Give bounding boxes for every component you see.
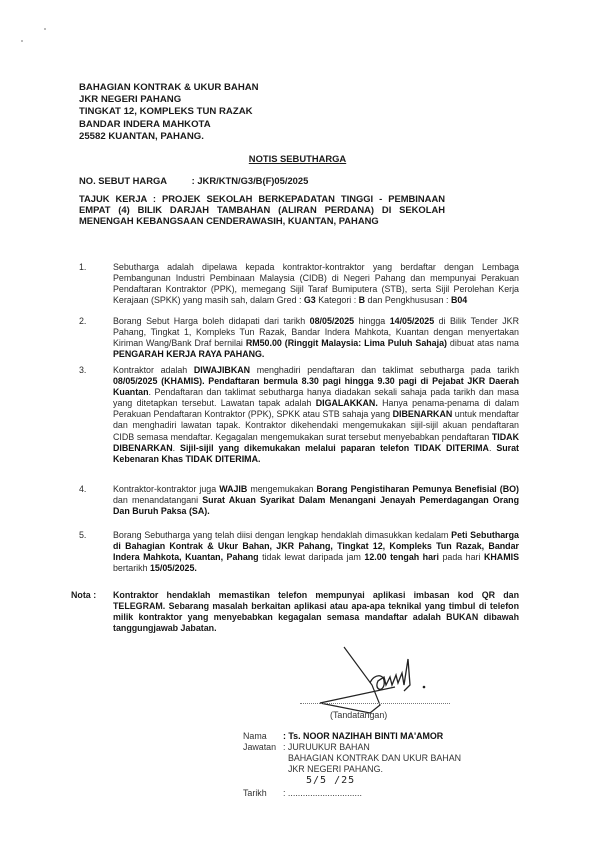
position-line: : JURUUKUR BAHAN bbox=[283, 742, 370, 752]
clause-item: 3. Kontraktor adalah DIWAJIBKAN menghadi… bbox=[79, 365, 519, 465]
note-text: Kontraktor hendaklah memastikan telefon … bbox=[113, 590, 519, 634]
clause-item: 1. Sebutharga adalah dipelawa kepada kon… bbox=[79, 262, 519, 306]
position-line: BAHAGIAN KONTRAK DAN UKUR BAHAN bbox=[288, 753, 461, 763]
clause-text: Kontraktor adalah DIWAJIBKAN menghadiri … bbox=[113, 365, 519, 465]
clause-text: Borang Sebutharga yang telah diisi denga… bbox=[113, 530, 519, 574]
address-line: BAHAGIAN KONTRAK & UKUR BAHAN bbox=[79, 82, 259, 94]
note-section: Nota : Kontraktor hendaklah memastikan t… bbox=[71, 590, 519, 634]
scan-speck bbox=[44, 28, 46, 30]
address-line: TINGKAT 12, KOMPLEKS TUN RAZAK bbox=[79, 106, 259, 118]
clause-number: 4. bbox=[79, 484, 99, 495]
address-line: BANDAR INDERA MAHKOTA bbox=[79, 119, 259, 131]
position-label: Jawatan bbox=[243, 742, 283, 753]
signer-position: Jawatan: JURUUKUR BAHAN BAHAGIAN KONTRAK… bbox=[243, 742, 461, 775]
signer-name: Nama: Ts. NOOR NAZIHAH BINTI MA'AMOR bbox=[243, 731, 443, 742]
date-label: Tarikh bbox=[243, 788, 283, 799]
note-label: Nota : bbox=[71, 590, 96, 601]
position-line: JKR NEGERI PAHANG. bbox=[288, 764, 383, 774]
date-value: : .............................. bbox=[283, 788, 362, 798]
address-line: 25582 KUANTAN, PAHANG. bbox=[79, 131, 259, 143]
document-page: BAHAGIAN KONTRAK & UKUR BAHAN JKR NEGERI… bbox=[0, 0, 595, 842]
signature-caption: (Tandatangan) bbox=[330, 710, 387, 720]
clause-number: 2. bbox=[79, 316, 99, 327]
clause-number: 5. bbox=[79, 530, 99, 541]
work-title: TAJUK KERJA : PROJEK SEKOLAH BERKEPADATA… bbox=[79, 193, 445, 227]
name-label: Nama bbox=[243, 731, 283, 742]
signature-line bbox=[300, 703, 450, 704]
address-line: JKR NEGERI PAHANG bbox=[79, 94, 259, 106]
clause-number: 3. bbox=[79, 365, 99, 376]
scan-speck bbox=[21, 40, 23, 42]
reference-number: NO. SEBUT HARGA : JKR/KTN/G3/B(F)05/2025 bbox=[79, 175, 308, 186]
clause-item: 5. Borang Sebutharga yang telah diisi de… bbox=[79, 530, 519, 574]
reference-label: NO. SEBUT HARGA bbox=[79, 175, 189, 186]
clause-text: Kontraktor-kontraktor juga WAJIB mengemu… bbox=[113, 484, 519, 517]
clause-number: 1. bbox=[79, 262, 99, 273]
reference-value: : JKR/KTN/G3/B(F)05/2025 bbox=[192, 175, 309, 186]
notice-title: NOTIS SEBUTHARGA bbox=[0, 153, 595, 164]
handwritten-date: 5/5 /25 bbox=[306, 775, 355, 786]
sign-date: Tarikh: .............................. bbox=[243, 788, 362, 799]
name-value: : Ts. NOOR NAZIHAH BINTI MA'AMOR bbox=[283, 731, 443, 741]
sender-address: BAHAGIAN KONTRAK & UKUR BAHAN JKR NEGERI… bbox=[79, 82, 259, 143]
clause-text: Borang Sebut Harga boleh didapati dari t… bbox=[113, 316, 519, 360]
clause-item: 2. Borang Sebut Harga boleh didapati dar… bbox=[79, 316, 519, 360]
clause-text: Sebutharga adalah dipelawa kepada kontra… bbox=[113, 262, 519, 306]
clause-item: 4. Kontraktor-kontraktor juga WAJIB meng… bbox=[79, 484, 519, 517]
